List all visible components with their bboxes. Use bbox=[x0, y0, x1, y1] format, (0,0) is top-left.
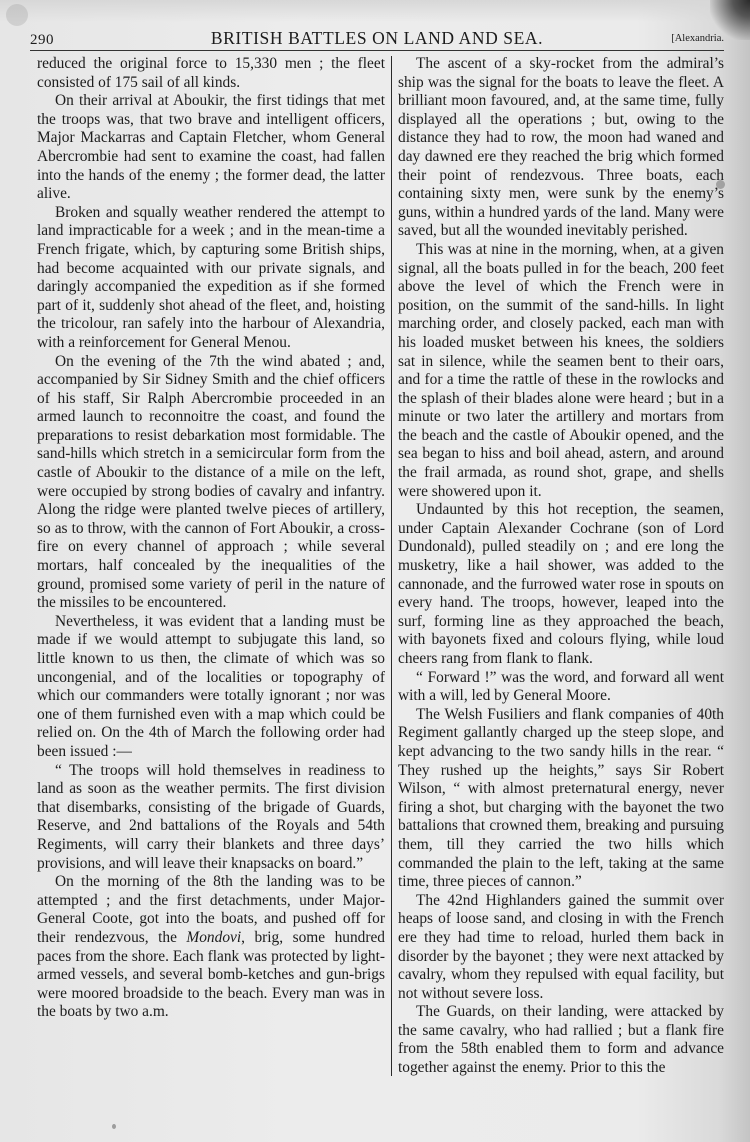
right-column: The ascent of a sky-rocket from the admi… bbox=[398, 55, 724, 1078]
paragraph: On the evening of the 7th the wind abate… bbox=[37, 353, 385, 613]
paragraph: The ascent of a sky-rocket from the admi… bbox=[398, 55, 724, 241]
scanned-page: 290 BRITISH BATTLES ON LAND AND SEA. [Al… bbox=[0, 0, 750, 1142]
ship-name: Mondovi bbox=[186, 929, 241, 946]
paragraph: “ Forward !” was the word, and forward a… bbox=[398, 669, 724, 706]
section-label: [Alexandria. bbox=[671, 33, 724, 44]
paragraph: This was at nine in the morning, when, a… bbox=[398, 241, 724, 501]
paragraph: The Welsh Fusiliers and flank companies … bbox=[398, 706, 724, 892]
quoted-order: “ The troops will hold themselves in rea… bbox=[37, 762, 385, 874]
page-top-shadow bbox=[0, 0, 750, 22]
left-column: reduced the original force to 15,330 men… bbox=[37, 55, 385, 1022]
header-rule bbox=[30, 50, 724, 51]
paragraph: On their arrival at Aboukir, the first t… bbox=[37, 92, 385, 204]
page-header: 290 BRITISH BATTLES ON LAND AND SEA. [Al… bbox=[30, 24, 724, 50]
paragraph: Nevertheless, it was evident that a land… bbox=[37, 613, 385, 762]
ink-spot bbox=[112, 1124, 116, 1129]
paragraph: Broken and squally weather rendered the … bbox=[37, 204, 385, 353]
column-divider bbox=[391, 56, 392, 1076]
paragraph: reduced the original force to 15,330 men… bbox=[37, 55, 385, 92]
paragraph: The 42nd Highlanders gained the summit o… bbox=[398, 892, 724, 1004]
paragraph: Undaunted by this hot reception, the sea… bbox=[398, 501, 724, 668]
running-title: BRITISH BATTLES ON LAND AND SEA. bbox=[30, 28, 724, 49]
ink-spot bbox=[6, 4, 28, 26]
paragraph: The Guards, on their landing, were attac… bbox=[398, 1003, 724, 1077]
ink-spot bbox=[716, 180, 725, 189]
paragraph: On the morning of the 8th the landing wa… bbox=[37, 873, 385, 1022]
